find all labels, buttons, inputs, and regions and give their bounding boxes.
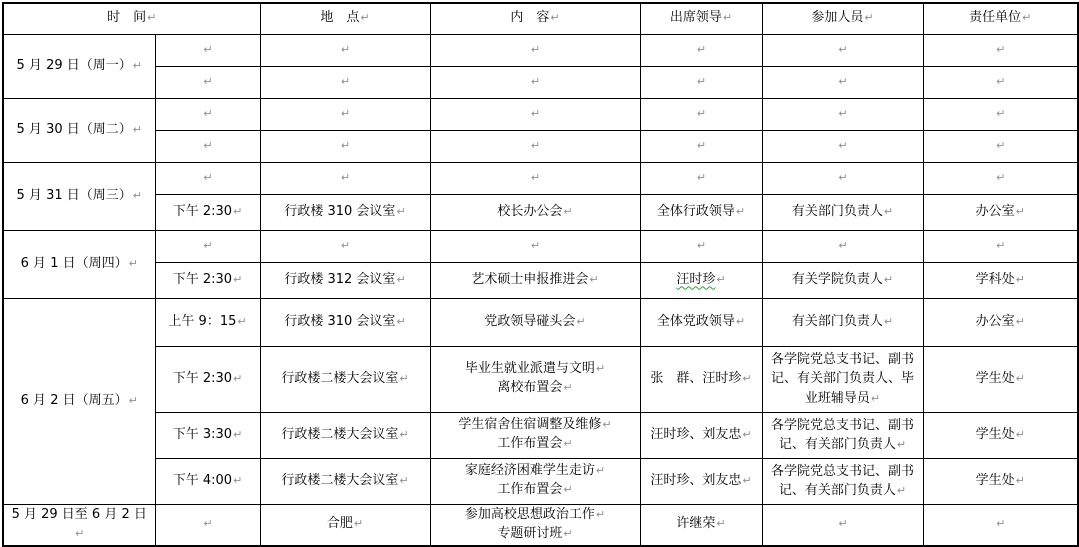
content-cell: 艺术硕士申报推进会↵ bbox=[430, 262, 640, 298]
cell-text: 办公室 bbox=[976, 314, 1015, 329]
schedule-row: 5 月 29 日（周一）↵↵↵↵↵↵↵ bbox=[3, 34, 1078, 66]
cell-paragraph: ↵ bbox=[766, 169, 920, 188]
cell-paragraph: 参加高校思想政治工作↵ bbox=[434, 506, 637, 525]
cell-paragraph: 家庭经济困难学生走访↵ bbox=[434, 462, 637, 481]
paragraph-mark: ↵ bbox=[596, 362, 605, 375]
cell-text: 学生宿舍住宿调整及维修 bbox=[458, 417, 601, 432]
cell-paragraph: ↵ bbox=[434, 41, 637, 60]
content-cell: 参加高校思想政治工作↵专题研讨班↵ bbox=[430, 504, 640, 546]
cell-text: 上午 9：15 bbox=[168, 314, 236, 329]
cell-text: 6 月 1 日（周四） bbox=[21, 256, 128, 271]
participants-cell: ↵ bbox=[762, 130, 923, 162]
cell-paragraph: 5 月 29 日（周一）↵ bbox=[7, 57, 152, 76]
paragraph-mark: ↵ bbox=[237, 315, 246, 328]
content-cell: 校长办公会↵ bbox=[430, 194, 640, 230]
cell-text: 行政楼 312 会议室 bbox=[284, 272, 395, 287]
location-cell: ↵ bbox=[260, 162, 430, 194]
paragraph-mark: ↵ bbox=[838, 171, 847, 184]
cell-text: 办公室 bbox=[976, 204, 1015, 219]
header-label: 地 点 bbox=[320, 10, 359, 25]
date-cell: 6 月 1 日（周四）↵ bbox=[3, 230, 155, 298]
paragraph-mark: ↵ bbox=[531, 139, 540, 152]
cell-paragraph: ↵ bbox=[644, 105, 759, 124]
unit-cell: ↵ bbox=[923, 130, 1078, 162]
cell-paragraph: 下午 2:30↵ bbox=[159, 370, 257, 389]
header-label: 内 容 bbox=[510, 10, 549, 25]
cell-text: 汪时珍、刘友忠 bbox=[650, 427, 741, 442]
cell-text: 下午 2:30 bbox=[173, 371, 232, 386]
cell-paragraph: ↵ bbox=[264, 169, 427, 188]
paragraph-mark: ↵ bbox=[563, 437, 572, 450]
paragraph-mark: ↵ bbox=[203, 171, 212, 184]
paragraph-mark: ↵ bbox=[341, 43, 350, 56]
cell-text: 许继荣 bbox=[676, 516, 715, 531]
schedule-row: 6 月 2 日（周五）↵上午 9：15↵行政楼 310 会议室↵党政领导碰头会↵… bbox=[3, 298, 1078, 346]
cell-paragraph: 汪时珍、刘友忠↵ bbox=[644, 426, 759, 445]
content-cell: ↵ bbox=[430, 66, 640, 98]
paragraph-mark: ↵ bbox=[531, 75, 540, 88]
paragraph-mark: ↵ bbox=[697, 43, 706, 56]
cell-paragraph: ↵ bbox=[264, 105, 427, 124]
cell-paragraph: ↵ bbox=[159, 237, 257, 256]
location-cell: ↵ bbox=[260, 98, 430, 130]
cell-paragraph: 行政楼二楼大会议室↵ bbox=[264, 370, 427, 389]
cell-text: 各学院党总支书记、副书记、有关部门负责人、毕业班辅导员 bbox=[771, 352, 914, 406]
unit-cell: ↵ bbox=[923, 162, 1078, 194]
paragraph-mark: ↵ bbox=[697, 107, 706, 120]
cell-text: 5 月 30 日（周二） bbox=[17, 122, 132, 137]
cell-paragraph: ↵ bbox=[264, 41, 427, 60]
header-row: 时 间↵地 点↵内 容↵出席领导↵参加人员↵责任单位↵ bbox=[3, 3, 1078, 34]
paragraph-mark: ↵ bbox=[697, 75, 706, 88]
location-cell: 行政楼二楼大会议室↵ bbox=[260, 346, 430, 412]
paragraph-mark: ↵ bbox=[897, 438, 906, 451]
date-cell: 5 月 31 日（周三）↵ bbox=[3, 162, 155, 230]
cell-text: 张 群、汪时珍 bbox=[650, 371, 741, 386]
participants-cell: 各学院党总支书记、副书记、有关部门负责人↵ bbox=[762, 458, 923, 504]
paragraph-mark: ↵ bbox=[897, 484, 906, 497]
paragraph-mark: ↵ bbox=[531, 43, 540, 56]
cell-text: 5 月 29 日至 6 月 2 日 bbox=[12, 507, 147, 522]
paragraph-mark: ↵ bbox=[341, 107, 350, 120]
time-cell: ↵ bbox=[155, 504, 260, 546]
unit-cell: 学科处↵ bbox=[923, 262, 1078, 298]
cell-paragraph: 各学院党总支书记、副书记、有关部门负责人↵ bbox=[766, 462, 920, 501]
cell-paragraph: ↵ bbox=[159, 515, 257, 534]
paragraph-mark: ↵ bbox=[576, 315, 585, 328]
paragraph-mark: ↵ bbox=[742, 474, 751, 487]
leaders-cell: ↵ bbox=[640, 230, 762, 262]
cell-text: 有关学院负责人 bbox=[792, 272, 883, 287]
cell-text: 5 月 31 日（周三） bbox=[17, 188, 132, 203]
header-label: 出席领导 bbox=[670, 10, 722, 25]
paragraph-mark: ↵ bbox=[203, 517, 212, 530]
cell-text: 学科处 bbox=[976, 272, 1015, 287]
paragraph-mark: ↵ bbox=[838, 107, 847, 120]
cell-paragraph: 有关学院负责人↵ bbox=[766, 271, 920, 290]
paragraph-mark: ↵ bbox=[884, 205, 893, 218]
content-cell: ↵ bbox=[430, 230, 640, 262]
leaders-cell: ↵ bbox=[640, 162, 762, 194]
participants-cell: ↵ bbox=[762, 162, 923, 194]
cell-text: 学生处 bbox=[976, 427, 1015, 442]
cell-text: 毕业生就业派遣与文明 bbox=[465, 361, 595, 376]
schedule-row: 下午 4:00↵行政楼二楼大会议室↵家庭经济困难学生走访↵工作布置会↵汪时珍、刘… bbox=[3, 458, 1078, 504]
table-header: 时 间↵地 点↵内 容↵出席领导↵参加人员↵责任单位↵ bbox=[3, 3, 1078, 34]
location-cell: 行政楼二楼大会议室↵ bbox=[260, 458, 430, 504]
cell-text: 艺术硕士申报推进会 bbox=[471, 272, 588, 287]
cell-paragraph: ↵ bbox=[264, 137, 427, 156]
paragraph-mark: ↵ bbox=[531, 239, 540, 252]
unit-cell: ↵ bbox=[923, 34, 1078, 66]
cell-paragraph: ↵ bbox=[159, 137, 257, 156]
paragraph-mark: ↵ bbox=[233, 474, 242, 487]
paragraph-mark: ↵ bbox=[596, 464, 605, 477]
paragraph-mark: ↵ bbox=[341, 239, 350, 252]
unit-cell: ↵ bbox=[923, 504, 1078, 546]
leaders-cell: 张 群、汪时珍↵ bbox=[640, 346, 762, 412]
cell-text: 学生处 bbox=[976, 473, 1015, 488]
cell-paragraph: ↵ bbox=[644, 237, 759, 256]
date-cell: 5 月 29 日至 6 月 2 日↵ bbox=[3, 504, 155, 546]
paragraph-mark: ↵ bbox=[399, 474, 408, 487]
cell-paragraph: ↵ bbox=[434, 105, 637, 124]
paragraph-mark: ↵ bbox=[129, 394, 138, 407]
cell-paragraph: 学生处↵ bbox=[927, 370, 1075, 389]
cell-paragraph: ↵ bbox=[644, 137, 759, 156]
cell-text: 行政楼 310 会议室 bbox=[284, 314, 395, 329]
location-cell: ↵ bbox=[260, 130, 430, 162]
content-cell: ↵ bbox=[430, 130, 640, 162]
paragraph-mark: ↵ bbox=[596, 508, 605, 521]
time-cell: 下午 4:00↵ bbox=[155, 458, 260, 504]
cell-paragraph: 有关部门负责人↵ bbox=[766, 203, 920, 222]
col-header-location: 地 点↵ bbox=[260, 3, 430, 34]
date-cell: 5 月 29 日（周一）↵ bbox=[3, 34, 155, 98]
cell-paragraph: 行政楼二楼大会议室↵ bbox=[264, 472, 427, 491]
cell-text: 下午 3:30 bbox=[173, 427, 232, 442]
paragraph-mark: ↵ bbox=[563, 527, 572, 540]
participants-cell: 各学院党总支书记、副书记、有关部门负责人、毕业班辅导员↵ bbox=[762, 346, 923, 412]
paragraph-mark: ↵ bbox=[697, 171, 706, 184]
paragraph-mark: ↵ bbox=[716, 517, 725, 530]
paragraph-mark: ↵ bbox=[563, 205, 572, 218]
paragraph-mark: ↵ bbox=[742, 372, 751, 385]
cell-paragraph: 张 群、汪时珍↵ bbox=[644, 370, 759, 389]
paragraph-mark: ↵ bbox=[233, 428, 242, 441]
participants-cell: 有关部门负责人↵ bbox=[762, 298, 923, 346]
unit-cell: ↵ bbox=[923, 66, 1078, 98]
cell-paragraph: ↵ bbox=[644, 169, 759, 188]
cell-text: 工作布置会 bbox=[497, 436, 562, 451]
cell-paragraph: 专题研讨班↵ bbox=[434, 525, 637, 544]
paragraph-mark: ↵ bbox=[996, 171, 1005, 184]
cell-paragraph: 合肥↵ bbox=[264, 515, 427, 534]
cell-paragraph: ↵ bbox=[159, 73, 257, 92]
schedule-document: 时 间↵地 点↵内 容↵出席领导↵参加人员↵责任单位↵ 5 月 29 日（周一）… bbox=[0, 0, 1079, 546]
paragraph-mark: ↵ bbox=[203, 43, 212, 56]
cell-text: 校长办公会 bbox=[497, 204, 562, 219]
cell-paragraph: 许继荣↵ bbox=[644, 515, 759, 534]
leaders-cell: 汪时珍↵ bbox=[640, 262, 762, 298]
cell-text: 离校布置会 bbox=[497, 380, 562, 395]
cell-paragraph: ↵ bbox=[434, 73, 637, 92]
cell-paragraph: ↵ bbox=[159, 105, 257, 124]
cell-paragraph: 上午 9：15↵ bbox=[159, 313, 257, 332]
location-cell: 行政楼二楼大会议室↵ bbox=[260, 412, 430, 458]
paragraph-mark: ↵ bbox=[602, 418, 611, 431]
unit-cell: 办公室↵ bbox=[923, 194, 1078, 230]
header-label: 时 间 bbox=[107, 10, 146, 25]
cell-paragraph: 行政楼二楼大会议室↵ bbox=[264, 426, 427, 445]
participants-cell: 各学院党总支书记、副书记、有关部门负责人↵ bbox=[762, 412, 923, 458]
cell-paragraph: 各学院党总支书记、副书记、有关部门负责人、毕业班辅导员↵ bbox=[766, 350, 920, 409]
cell-paragraph: 5 月 29 日至 6 月 2 日↵ bbox=[7, 506, 152, 544]
paragraph-mark: ↵ bbox=[589, 273, 598, 286]
cell-text: 党政领导碰头会 bbox=[484, 314, 575, 329]
paragraph-mark: ↵ bbox=[129, 257, 138, 270]
paragraph-mark: ↵ bbox=[1016, 315, 1025, 328]
time-cell: 下午 2:30↵ bbox=[155, 194, 260, 230]
paragraph-mark: ↵ bbox=[531, 107, 540, 120]
location-cell: 行政楼 310 会议室↵ bbox=[260, 298, 430, 346]
paragraph-mark: ↵ bbox=[736, 315, 745, 328]
cell-paragraph: ↵ bbox=[927, 41, 1075, 60]
cell-paragraph: 下午 2:30↵ bbox=[159, 203, 257, 222]
paragraph-mark: ↵ bbox=[75, 527, 84, 540]
content-cell: ↵ bbox=[430, 34, 640, 66]
schedule-table: 时 间↵地 点↵内 容↵出席领导↵参加人员↵责任单位↵ 5 月 29 日（周一）… bbox=[2, 2, 1079, 547]
cell-paragraph: 5 月 30 日（周二）↵ bbox=[7, 121, 152, 140]
content-cell: 党政领导碰头会↵ bbox=[430, 298, 640, 346]
location-cell: ↵ bbox=[260, 66, 430, 98]
participants-cell: 有关学院负责人↵ bbox=[762, 262, 923, 298]
paragraph-mark: ↵ bbox=[341, 139, 350, 152]
paragraph-mark: ↵ bbox=[838, 239, 847, 252]
paragraph-mark: ↵ bbox=[1022, 11, 1031, 24]
content-cell: ↵ bbox=[430, 98, 640, 130]
leaders-cell: 汪时珍、刘友忠↵ bbox=[640, 458, 762, 504]
paragraph-mark: ↵ bbox=[1016, 372, 1025, 385]
cell-paragraph: ↵ bbox=[927, 515, 1075, 534]
cell-paragraph: 汪时珍、刘友忠↵ bbox=[644, 472, 759, 491]
paragraph-mark: ↵ bbox=[996, 75, 1005, 88]
cell-paragraph: 行政楼 310 会议室↵ bbox=[264, 203, 427, 222]
table-body: 5 月 29 日（周一）↵↵↵↵↵↵↵↵↵↵↵↵↵5 月 30 日（周二）↵↵↵… bbox=[3, 34, 1078, 546]
paragraph-mark: ↵ bbox=[550, 11, 559, 24]
time-cell: ↵ bbox=[155, 66, 260, 98]
cell-paragraph: 党政领导碰头会↵ bbox=[434, 313, 637, 332]
participants-cell: 有关部门负责人↵ bbox=[762, 194, 923, 230]
paragraph-mark: ↵ bbox=[996, 239, 1005, 252]
cell-paragraph: 下午 2:30↵ bbox=[159, 271, 257, 290]
paragraph-mark: ↵ bbox=[233, 273, 242, 286]
cell-paragraph: 全体行政领导↵ bbox=[644, 203, 759, 222]
leaders-cell: ↵ bbox=[640, 34, 762, 66]
content-cell: 学生宿舍住宿调整及维修↵工作布置会↵ bbox=[430, 412, 640, 458]
schedule-row: 6 月 1 日（周四）↵↵↵↵↵↵↵ bbox=[3, 230, 1078, 262]
paragraph-mark: ↵ bbox=[360, 11, 369, 24]
cell-paragraph: 行政楼 310 会议室↵ bbox=[264, 313, 427, 332]
cell-paragraph: ↵ bbox=[644, 73, 759, 92]
paragraph-mark: ↵ bbox=[996, 139, 1005, 152]
paragraph-mark: ↵ bbox=[341, 171, 350, 184]
paragraph-mark: ↵ bbox=[396, 315, 405, 328]
paragraph-mark: ↵ bbox=[871, 392, 880, 405]
paragraph-mark: ↵ bbox=[723, 11, 732, 24]
leaders-cell: ↵ bbox=[640, 98, 762, 130]
paragraph-mark: ↵ bbox=[133, 59, 142, 72]
cell-paragraph: ↵ bbox=[927, 169, 1075, 188]
cell-text: 汪时珍、刘友忠 bbox=[650, 473, 741, 488]
paragraph-mark: ↵ bbox=[147, 11, 156, 24]
paragraph-mark: ↵ bbox=[233, 372, 242, 385]
paragraph-mark: ↵ bbox=[1016, 273, 1025, 286]
paragraph-mark: ↵ bbox=[354, 517, 363, 530]
cell-text: 合肥 bbox=[327, 516, 353, 531]
cell-paragraph: 各学院党总支书记、副书记、有关部门负责人↵ bbox=[766, 416, 920, 455]
cell-paragraph: 办公室↵ bbox=[927, 203, 1075, 222]
cell-paragraph: 有关部门负责人↵ bbox=[766, 313, 920, 332]
paragraph-mark: ↵ bbox=[399, 372, 408, 385]
cell-paragraph: 办公室↵ bbox=[927, 313, 1075, 332]
schedule-row: ↵↵↵↵↵↵ bbox=[3, 130, 1078, 162]
cell-text: 下午 2:30 bbox=[173, 204, 232, 219]
paragraph-mark: ↵ bbox=[742, 428, 751, 441]
leaders-cell: 许继荣↵ bbox=[640, 504, 762, 546]
cell-paragraph: ↵ bbox=[766, 73, 920, 92]
paragraph-mark: ↵ bbox=[203, 75, 212, 88]
location-cell: ↵ bbox=[260, 230, 430, 262]
unit-cell: 学生处↵ bbox=[923, 346, 1078, 412]
time-cell: 下午 2:30↵ bbox=[155, 346, 260, 412]
time-cell: ↵ bbox=[155, 98, 260, 130]
cell-text: 全体行政领导 bbox=[657, 204, 735, 219]
paragraph-mark: ↵ bbox=[838, 75, 847, 88]
cell-paragraph: 工作布置会↵ bbox=[434, 481, 637, 500]
participants-cell: ↵ bbox=[762, 66, 923, 98]
cell-paragraph: 全体党政领导↵ bbox=[644, 313, 759, 332]
col-header-content: 内 容↵ bbox=[430, 3, 640, 34]
schedule-row: 下午 2:30↵行政楼 312 会议室↵艺术硕士申报推进会↵汪时珍↵有关学院负责… bbox=[3, 262, 1078, 298]
cell-paragraph: 5 月 31 日（周三）↵ bbox=[7, 187, 152, 206]
cell-paragraph: 下午 3:30↵ bbox=[159, 426, 257, 445]
cell-paragraph: 毕业生就业派遣与文明↵ bbox=[434, 360, 637, 379]
time-cell: ↵ bbox=[155, 130, 260, 162]
schedule-row: ↵↵↵↵↵↵ bbox=[3, 66, 1078, 98]
cell-text: 行政楼二楼大会议室 bbox=[281, 473, 398, 488]
paragraph-mark: ↵ bbox=[838, 517, 847, 530]
paragraph-mark: ↵ bbox=[531, 171, 540, 184]
location-cell: 行政楼 312 会议室↵ bbox=[260, 262, 430, 298]
schedule-row: 下午 3:30↵行政楼二楼大会议室↵学生宿舍住宿调整及维修↵工作布置会↵汪时珍、… bbox=[3, 412, 1078, 458]
cell-paragraph: ↵ bbox=[159, 169, 257, 188]
cell-text: 下午 4:00 bbox=[173, 473, 232, 488]
time-cell: ↵ bbox=[155, 34, 260, 66]
time-cell: 下午 3:30↵ bbox=[155, 412, 260, 458]
participants-cell: ↵ bbox=[762, 230, 923, 262]
cell-paragraph: ↵ bbox=[159, 41, 257, 60]
paragraph-mark: ↵ bbox=[884, 273, 893, 286]
cell-paragraph: ↵ bbox=[927, 105, 1075, 124]
cell-paragraph: ↵ bbox=[766, 137, 920, 156]
cell-paragraph: 学生处↵ bbox=[927, 472, 1075, 491]
schedule-row: 5 月 30 日（周二）↵↵↵↵↵↵↵ bbox=[3, 98, 1078, 130]
paragraph-mark: ↵ bbox=[233, 205, 242, 218]
paragraph-mark: ↵ bbox=[736, 205, 745, 218]
col-header-date: 时 间↵ bbox=[3, 3, 260, 34]
participants-cell: ↵ bbox=[762, 98, 923, 130]
participants-cell: ↵ bbox=[762, 504, 923, 546]
paragraph-mark: ↵ bbox=[838, 139, 847, 152]
paragraph-mark: ↵ bbox=[396, 205, 405, 218]
cell-text: 行政楼 310 会议室 bbox=[284, 204, 395, 219]
cell-paragraph: ↵ bbox=[264, 73, 427, 92]
unit-cell: ↵ bbox=[923, 230, 1078, 262]
paragraph-mark: ↵ bbox=[996, 517, 1005, 530]
cell-paragraph: 校长办公会↵ bbox=[434, 203, 637, 222]
unit-cell: 学生处↵ bbox=[923, 412, 1078, 458]
paragraph-mark: ↵ bbox=[563, 483, 572, 496]
location-cell: 行政楼 310 会议室↵ bbox=[260, 194, 430, 230]
cell-paragraph: ↵ bbox=[644, 41, 759, 60]
cell-text: 5 月 29 日（周一） bbox=[17, 58, 132, 73]
header-label: 责任单位 bbox=[969, 10, 1021, 25]
paragraph-mark: ↵ bbox=[1016, 474, 1025, 487]
header-label: 参加人员 bbox=[811, 10, 863, 25]
date-cell: 6 月 2 日（周五）↵ bbox=[3, 298, 155, 504]
cell-paragraph: 行政楼 312 会议室↵ bbox=[264, 271, 427, 290]
spellchecked-text: 汪时珍 bbox=[676, 272, 715, 287]
cell-text: 下午 2:30 bbox=[173, 272, 232, 287]
cell-paragraph: ↵ bbox=[434, 169, 637, 188]
paragraph-mark: ↵ bbox=[716, 273, 725, 286]
col-header-unit: 责任单位↵ bbox=[923, 3, 1078, 34]
cell-paragraph: ↵ bbox=[766, 41, 920, 60]
paragraph-mark: ↵ bbox=[341, 75, 350, 88]
participants-cell: ↵ bbox=[762, 34, 923, 66]
cell-text: 工作布置会 bbox=[497, 482, 562, 497]
location-cell: ↵ bbox=[260, 34, 430, 66]
cell-paragraph: ↵ bbox=[434, 137, 637, 156]
paragraph-mark: ↵ bbox=[697, 239, 706, 252]
cell-paragraph: ↵ bbox=[927, 237, 1075, 256]
content-cell: 毕业生就业派遣与文明↵离校布置会↵ bbox=[430, 346, 640, 412]
cell-paragraph: 下午 4:00↵ bbox=[159, 472, 257, 491]
unit-cell: ↵ bbox=[923, 98, 1078, 130]
cell-paragraph: 学生宿舍住宿调整及维修↵ bbox=[434, 416, 637, 435]
cell-paragraph: ↵ bbox=[434, 237, 637, 256]
paragraph-mark: ↵ bbox=[399, 428, 408, 441]
paragraph-mark: ↵ bbox=[884, 315, 893, 328]
cell-text: 行政楼二楼大会议室 bbox=[281, 427, 398, 442]
paragraph-mark: ↵ bbox=[203, 139, 212, 152]
paragraph-mark: ↵ bbox=[996, 43, 1005, 56]
leaders-cell: 全体党政领导↵ bbox=[640, 298, 762, 346]
cell-text: 有关部门负责人 bbox=[792, 204, 883, 219]
cell-paragraph: 汪时珍↵ bbox=[644, 271, 759, 290]
cell-paragraph: ↵ bbox=[927, 73, 1075, 92]
cell-text: 行政楼二楼大会议室 bbox=[281, 371, 398, 386]
cell-paragraph: 学生处↵ bbox=[927, 426, 1075, 445]
paragraph-mark: ↵ bbox=[133, 123, 142, 136]
schedule-row: 5 月 31 日（周三）↵↵↵↵↵↵↵ bbox=[3, 162, 1078, 194]
col-header-participants: 参加人员↵ bbox=[762, 3, 923, 34]
cell-text: 全体党政领导 bbox=[657, 314, 735, 329]
paragraph-mark: ↵ bbox=[396, 273, 405, 286]
cell-paragraph: ↵ bbox=[766, 105, 920, 124]
schedule-row: 5 月 29 日至 6 月 2 日↵↵合肥↵参加高校思想政治工作↵专题研讨班↵许… bbox=[3, 504, 1078, 546]
